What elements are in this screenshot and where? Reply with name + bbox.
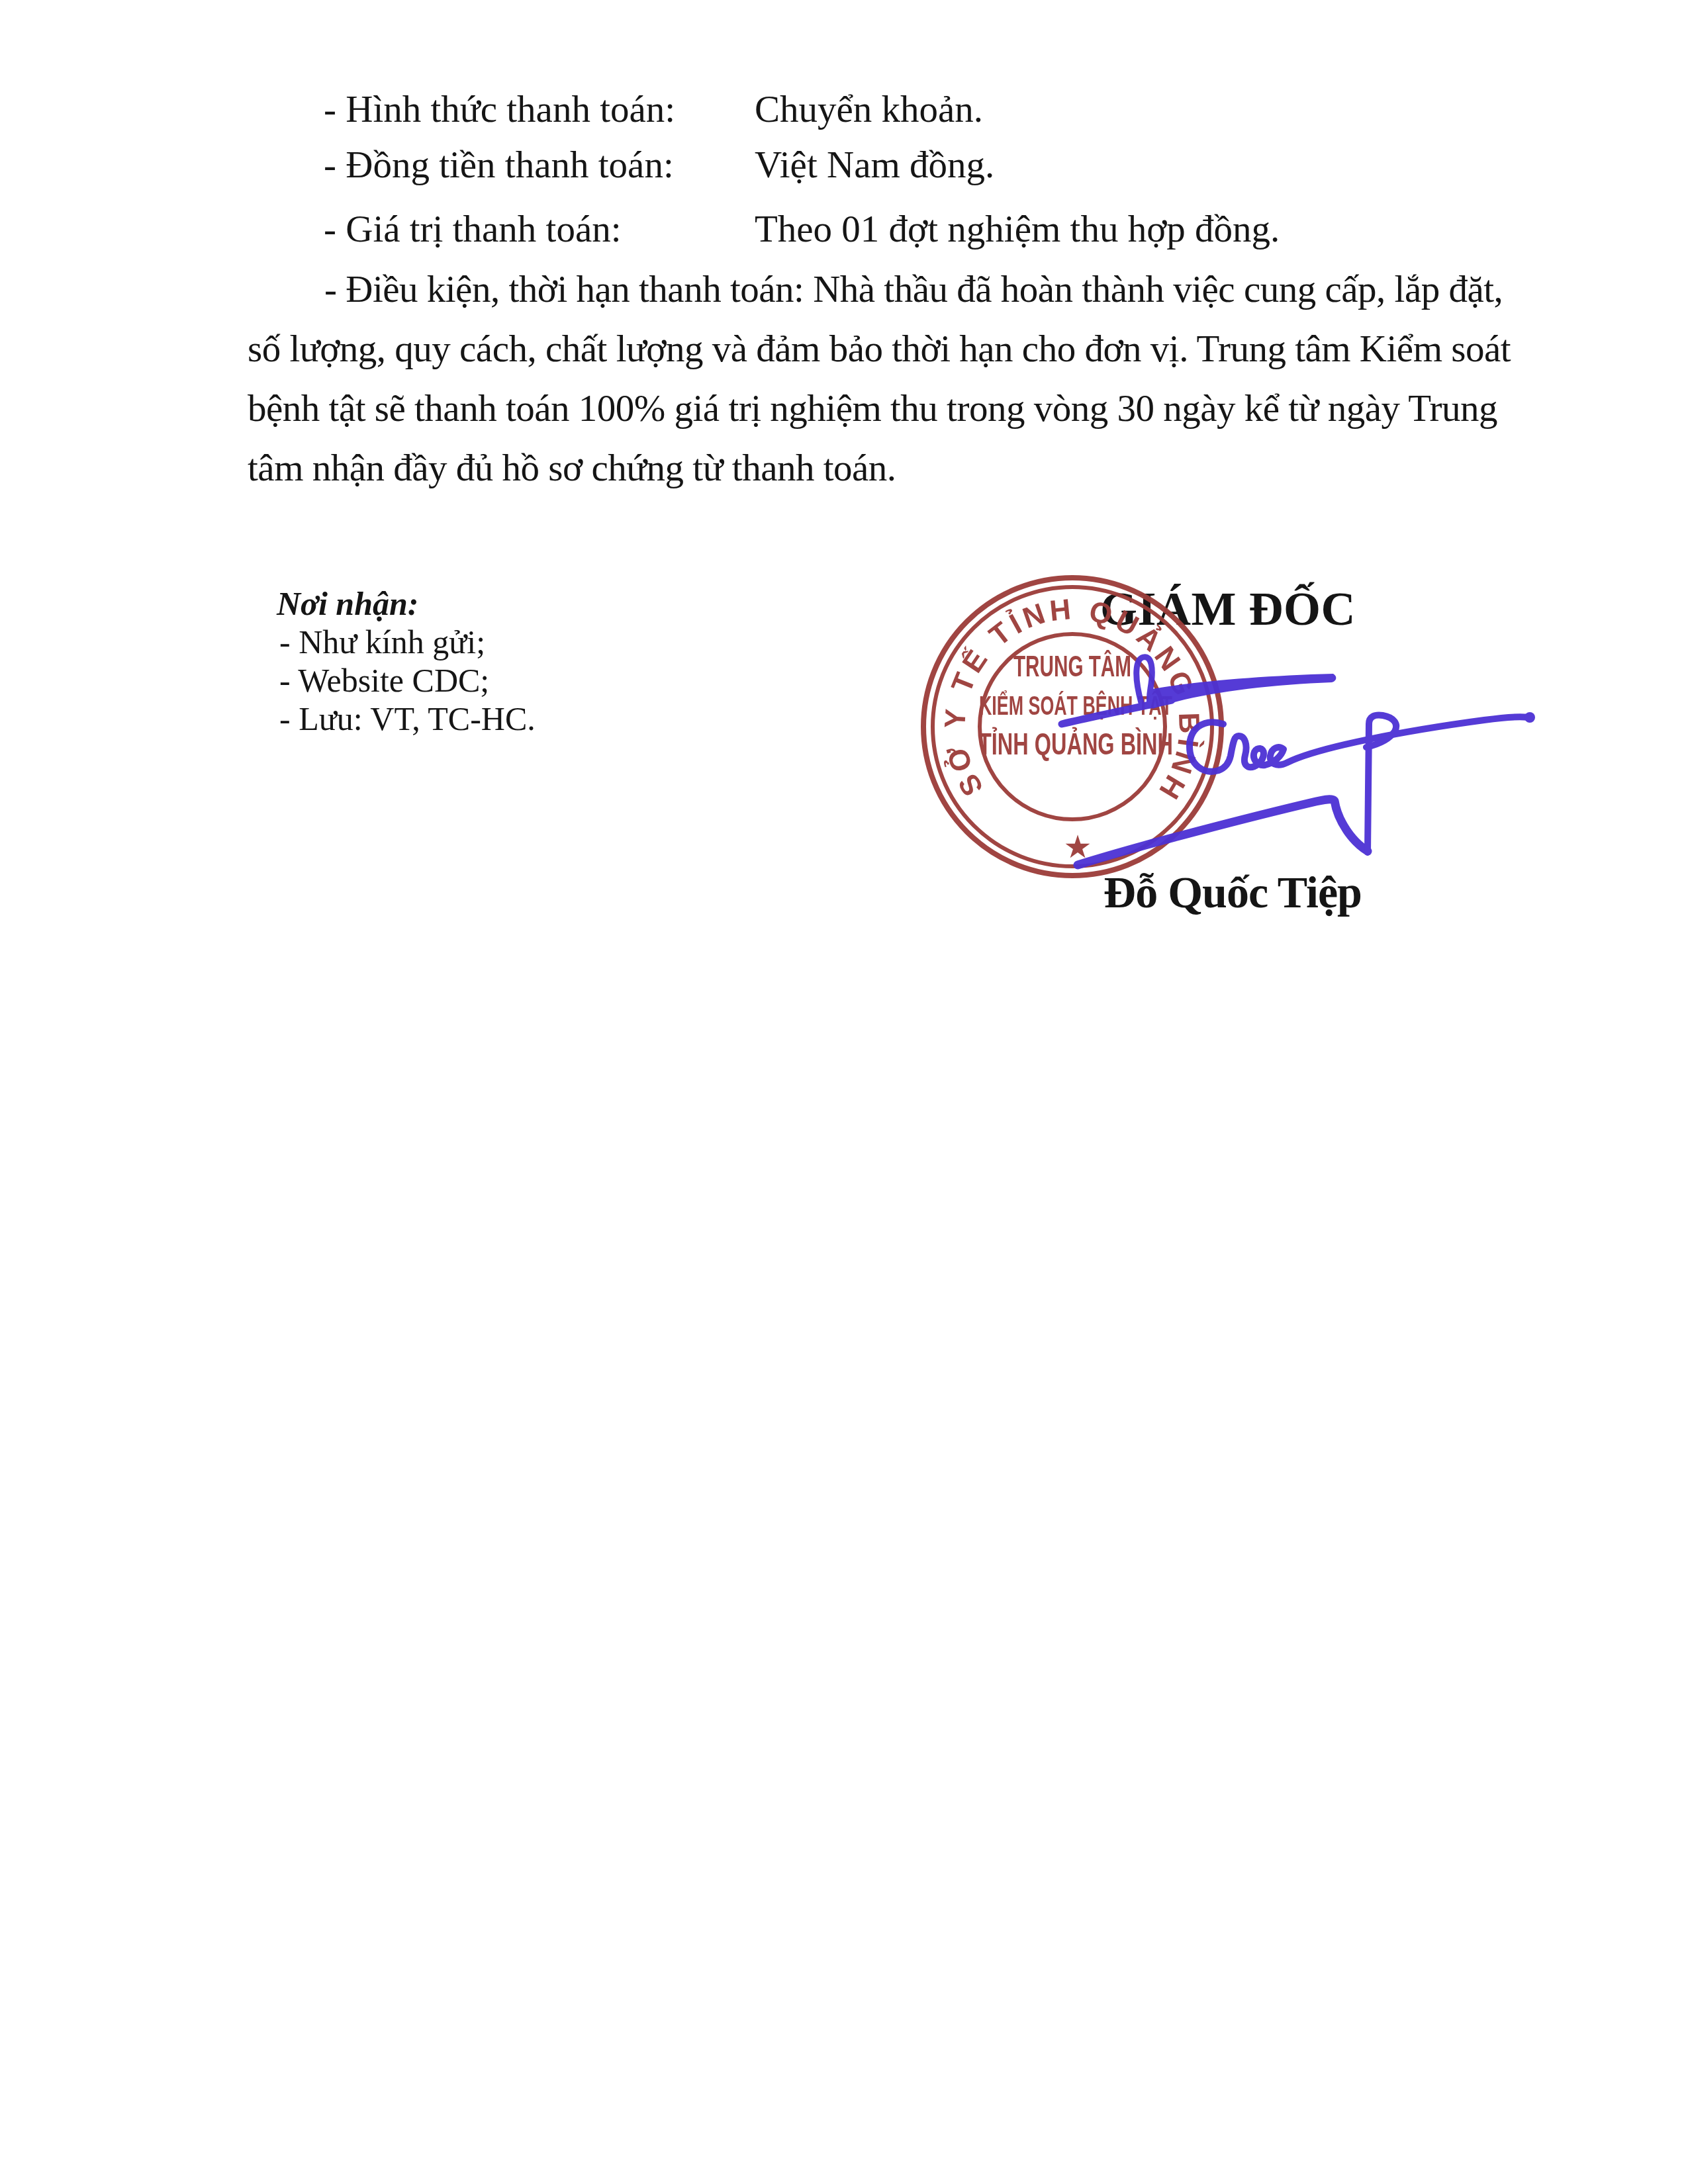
payment-row: - Hình thức thanh toán: Chuyển khoản. xyxy=(0,83,1688,136)
paragraph-line: tâm nhận đầy đủ hồ sơ chứng từ thanh toá… xyxy=(248,439,1555,498)
stamp-line-kiem-soat: KIỂM SOÁT BỆNH TẬT xyxy=(979,690,1172,721)
recipient-item: - Lưu: VT, TC-HC. xyxy=(279,700,536,738)
signature-diagonal-stroke xyxy=(1062,700,1172,724)
payment-currency-label: - Đồng tiền thanh toán: xyxy=(324,139,674,192)
payment-row: - Đồng tiền thanh toán: Việt Nam đồng. xyxy=(0,139,1688,192)
stamp-star-icon: ★ xyxy=(1063,830,1092,865)
signature-initial-loop xyxy=(1137,657,1152,705)
signature-stem xyxy=(1366,715,1396,852)
payment-method-label: - Hình thức thanh toán: xyxy=(324,83,675,136)
payment-amount-label: - Giá trị thanh toán: xyxy=(324,203,622,256)
paragraph-line: - Điều kiện, thời hạn thanh toán: Nhà th… xyxy=(248,260,1555,320)
payment-method-value: Chuyển khoản. xyxy=(755,83,983,136)
signature-letters xyxy=(1190,717,1528,771)
stamp-line-trung-tam: TRUNG TÂM xyxy=(1013,650,1131,683)
signature-flourish-stroke xyxy=(1149,674,1336,709)
payment-amount-value: Theo 01 đợt nghiệm thu hợp đồng. xyxy=(755,203,1280,256)
payment-conditions-paragraph: - Điều kiện, thời hạn thanh toán: Nhà th… xyxy=(248,260,1555,498)
paragraph-line: bệnh tật sẽ thanh toán 100% giá trị nghi… xyxy=(248,379,1555,439)
stamp-line-tinh-quang-binh: TỈNH QUẢNG BÌNH xyxy=(978,726,1173,761)
recipients-heading: Nơi nhận: xyxy=(277,584,536,623)
recipient-item: - Như kính gửi; xyxy=(279,623,536,661)
signature-underline xyxy=(1078,799,1368,865)
document-page: - Hình thức thanh toán: Chuyển khoản. - … xyxy=(0,0,1688,2184)
paragraph-line: số lượng, quy cách, chất lượng và đảm bả… xyxy=(248,320,1555,379)
recipients-block: Nơi nhận: - Như kính gửi; - Website CDC;… xyxy=(277,584,536,738)
director-title: GIÁM ĐỐC xyxy=(1062,580,1393,637)
payment-row: - Giá trị thanh toán: Theo 01 đợt nghiệm… xyxy=(0,203,1688,256)
payment-currency-value: Việt Nam đồng. xyxy=(755,139,994,192)
stamp-inner-circle xyxy=(980,634,1165,819)
signature xyxy=(1062,657,1535,865)
signature-end-dot xyxy=(1524,712,1535,723)
recipient-item: - Website CDC; xyxy=(279,661,536,700)
signer-name: Đỗ Quốc Tiệp xyxy=(1067,865,1398,919)
